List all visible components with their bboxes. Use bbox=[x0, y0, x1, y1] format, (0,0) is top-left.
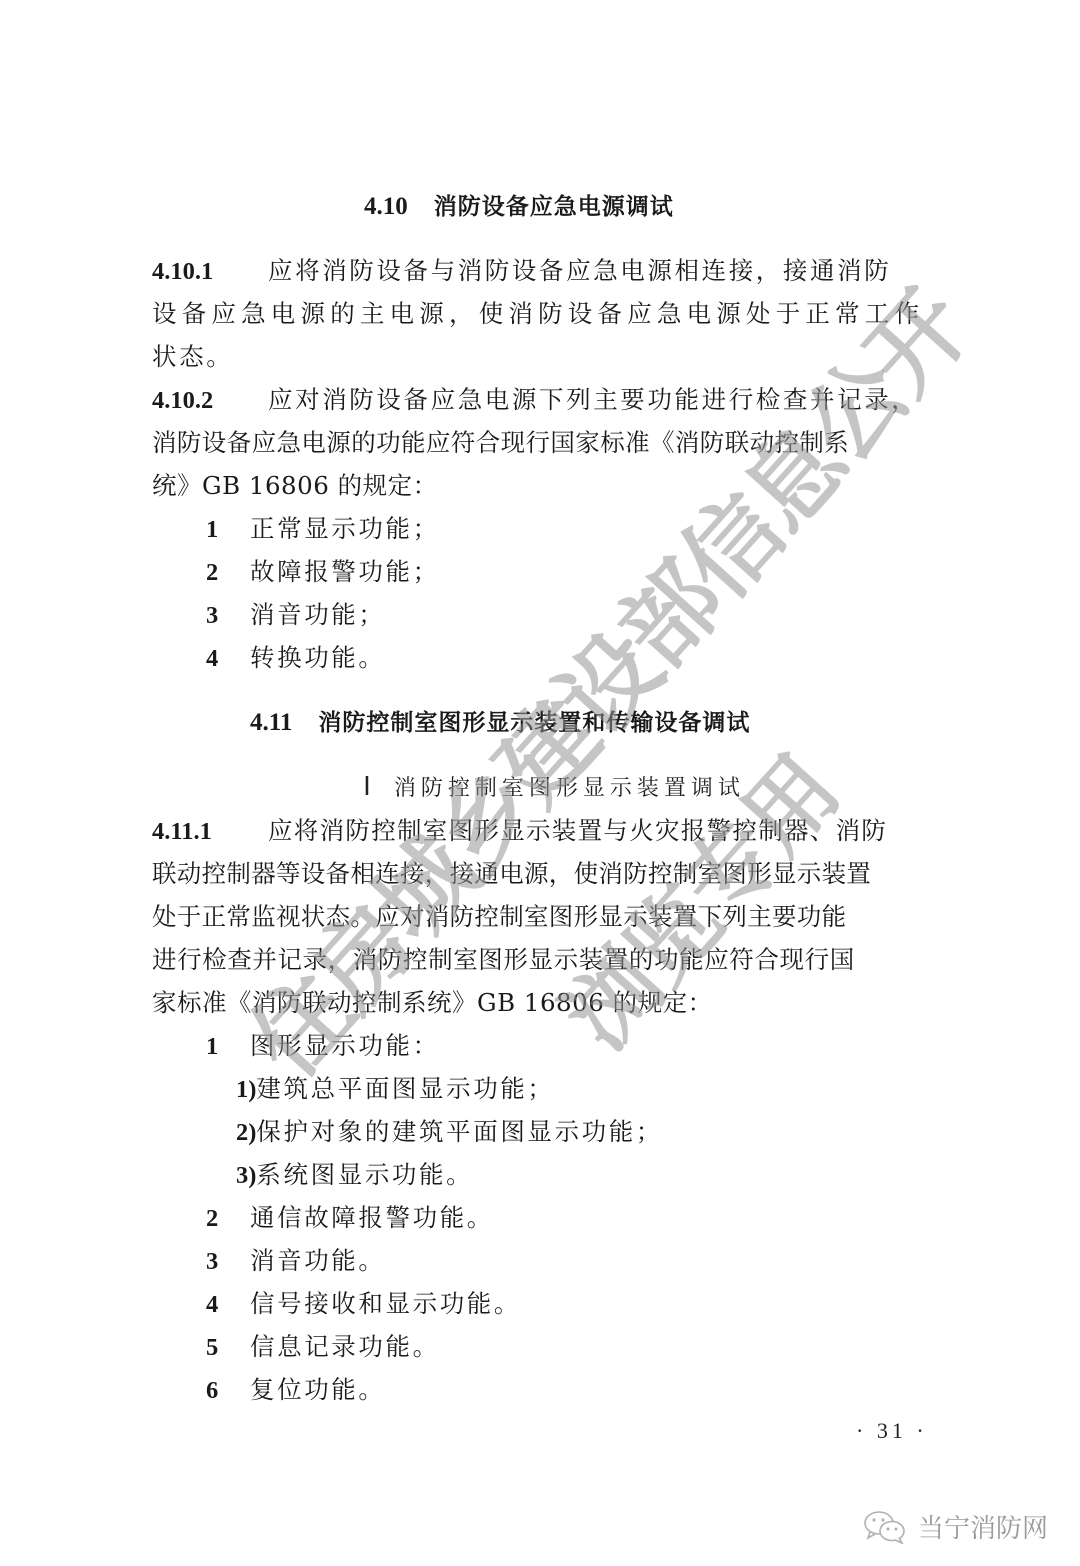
sub-list-item: 3)系统图显示功能。 bbox=[236, 1160, 473, 1191]
sub-list-item: 1)建筑总平面图显示功能； bbox=[236, 1074, 555, 1105]
clause-4-10-1-line-2: 设备应急电源的主电源，使消防设备应急电源处于正常工作 bbox=[152, 299, 948, 329]
item-number: 1 bbox=[206, 515, 250, 545]
footer-brand-label: 当宁消防网 bbox=[918, 1508, 1048, 1545]
subitem-text: 建筑总平面图显示功能； bbox=[256, 1074, 554, 1103]
list-item: 4转换功能。 bbox=[206, 643, 386, 674]
subitem-text: 系统图显示功能。 bbox=[256, 1160, 473, 1189]
clause-number: 4.11.1 bbox=[152, 817, 268, 847]
clause-4-10-2-line-3: 统》GB 16806 的规定： bbox=[152, 471, 948, 501]
clause-4-10-1-line-1: 4.10.1应将消防设备与消防设备应急电源相连接，接通消防 bbox=[152, 256, 948, 287]
section-number: 4.10 bbox=[364, 193, 408, 220]
item-text: 故障报警功能； bbox=[250, 557, 440, 586]
item-text: 图形显示功能： bbox=[250, 1031, 440, 1060]
section-number: 4.11 bbox=[250, 709, 292, 736]
item-text: 信号接收和显示功能。 bbox=[250, 1289, 521, 1318]
clause-4-11-1-line-3: 处于正常监视状态。应对消防控制室图形显示装置下列主要功能 bbox=[152, 902, 948, 932]
subitem-number: 1) bbox=[236, 1076, 256, 1103]
subitem-number: 3) bbox=[236, 1162, 256, 1189]
clause-text: 应对消防设备应急电源下列主要功能进行检查并记录， bbox=[268, 385, 918, 414]
subsection-heading: Ⅰ消防控制室图形显示装置调试 bbox=[0, 772, 1080, 804]
item-number: 3 bbox=[206, 601, 250, 631]
clause-number: 4.10.1 bbox=[152, 257, 268, 287]
sub-list-item: 2)保护对象的建筑平面图显示功能； bbox=[236, 1117, 663, 1148]
clause-4-10-2-line-2: 消防设备应急电源的功能应符合现行国家标准《消防联动控制系 bbox=[152, 428, 948, 458]
section-title: 消防设备应急电源调试 bbox=[434, 194, 674, 220]
list-item: 1正常显示功能； bbox=[206, 514, 440, 545]
clause-4-11-1-line-5: 家标准《消防联动控制系统》GB 16806 的规定： bbox=[152, 988, 948, 1018]
list-item: 2通信故障报警功能。 bbox=[206, 1203, 494, 1234]
list-item: 4信号接收和显示功能。 bbox=[206, 1289, 521, 1320]
subitem-text: 保护对象的建筑平面图显示功能； bbox=[256, 1117, 663, 1146]
clause-4-11-1-line-4: 进行检查并记录，消防控制室图形显示装置的功能应符合现行国 bbox=[152, 945, 948, 975]
subsection-roman: Ⅰ bbox=[363, 772, 376, 801]
subsection-title: 消防控制室图形显示装置调试 bbox=[394, 776, 745, 801]
list-item: 3消音功能； bbox=[206, 600, 386, 631]
document-page: 4.10消防设备应急电源调试 4.10.1应将消防设备与消防设备应急电源相连接，… bbox=[0, 0, 1080, 1566]
item-text: 正常显示功能； bbox=[250, 514, 440, 543]
page-number: · 31 · bbox=[856, 1418, 928, 1444]
section-heading-4-11: 4.11消防控制室图形显示装置和传输设备调试 bbox=[0, 708, 1080, 738]
clause-4-10-2-line-1: 4.10.2应对消防设备应急电源下列主要功能进行检查并记录， bbox=[152, 385, 948, 416]
item-number: 6 bbox=[206, 1376, 250, 1406]
clause-4-11-1-line-2: 联动控制器等设备相连接，接通电源，使消防控制室图形显示装置 bbox=[152, 859, 948, 889]
item-text: 转换功能。 bbox=[250, 643, 386, 672]
item-number: 4 bbox=[206, 644, 250, 674]
clause-text: 应将消防控制室图形显示装置与火灾报警控制器、消防 bbox=[268, 816, 887, 845]
item-number: 2 bbox=[206, 558, 250, 588]
item-text: 通信故障报警功能。 bbox=[250, 1203, 494, 1232]
item-number: 5 bbox=[206, 1333, 250, 1363]
item-number: 1 bbox=[206, 1032, 250, 1062]
wechat-icon bbox=[862, 1510, 908, 1544]
item-number: 4 bbox=[206, 1290, 250, 1320]
list-item: 1图形显示功能： bbox=[206, 1031, 440, 1062]
item-text: 消音功能。 bbox=[250, 1246, 386, 1275]
section-heading-4-10: 4.10消防设备应急电源调试 bbox=[0, 192, 1080, 222]
item-text: 消音功能； bbox=[250, 600, 386, 629]
clause-4-10-1-line-3: 状态。 bbox=[152, 342, 948, 372]
subitem-number: 2) bbox=[236, 1119, 256, 1146]
list-item: 3消音功能。 bbox=[206, 1246, 386, 1277]
list-item: 6复位功能。 bbox=[206, 1375, 386, 1406]
section-title: 消防控制室图形显示装置和传输设备调试 bbox=[318, 710, 750, 736]
list-item: 2故障报警功能； bbox=[206, 557, 440, 588]
item-number: 3 bbox=[206, 1247, 250, 1277]
clause-text: 应将消防设备与消防设备应急电源相连接，接通消防 bbox=[268, 256, 891, 285]
item-text: 复位功能。 bbox=[250, 1375, 386, 1404]
footer-brand[interactable]: 当宁消防网 bbox=[862, 1508, 1048, 1545]
clause-4-11-1-line-1: 4.11.1应将消防控制室图形显示装置与火灾报警控制器、消防 bbox=[152, 816, 948, 847]
item-text: 信息记录功能。 bbox=[250, 1332, 440, 1361]
list-item: 5信息记录功能。 bbox=[206, 1332, 440, 1363]
item-number: 2 bbox=[206, 1204, 250, 1234]
clause-number: 4.10.2 bbox=[152, 386, 268, 416]
